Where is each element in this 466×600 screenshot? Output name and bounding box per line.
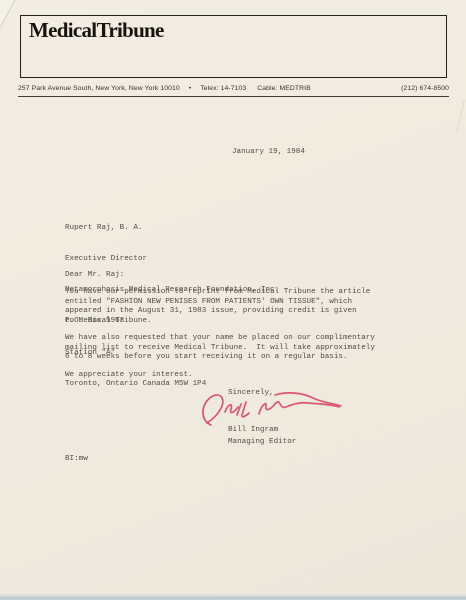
publication-logo: Medical Tribune	[29, 18, 164, 43]
recipient-name: Rupert Raj, B. A.	[65, 223, 279, 233]
telex-number: Telex: 14-7103	[200, 85, 246, 92]
letter-date: January 19, 1984	[232, 148, 305, 158]
body-paragraph-3: We appreciate your interest.	[65, 371, 193, 381]
signature-title: Managing Editor	[228, 438, 296, 448]
letter-page: Medical Tribune 257 Park Avenue South, N…	[0, 0, 466, 600]
typist-reference: BI:mw	[65, 455, 88, 465]
recipient-title: Executive Director	[65, 254, 279, 264]
letterhead-address-row: 257 Park Avenue South, New York, New Yor…	[18, 85, 449, 92]
paper-edge-crease	[456, 100, 465, 131]
signature-name: Bill Ingram	[228, 426, 278, 436]
phone-number: (212) 674-8500	[401, 85, 449, 92]
salutation: Dear Mr. Raj:	[65, 271, 124, 281]
bullet-separator: •	[189, 85, 191, 92]
letterhead-box: Medical Tribune	[20, 15, 447, 78]
street-address: 257 Park Avenue South, New York, New Yor…	[18, 85, 180, 92]
paper-bottom-edge-shadow	[0, 593, 466, 600]
letterhead-divider	[18, 96, 449, 97]
body-paragraph-1: You have our permission to reprint from …	[65, 288, 370, 326]
cable-address: Cable: MEDTRIB	[257, 85, 311, 92]
body-paragraph-2: We have also requested that your name be…	[65, 334, 375, 363]
